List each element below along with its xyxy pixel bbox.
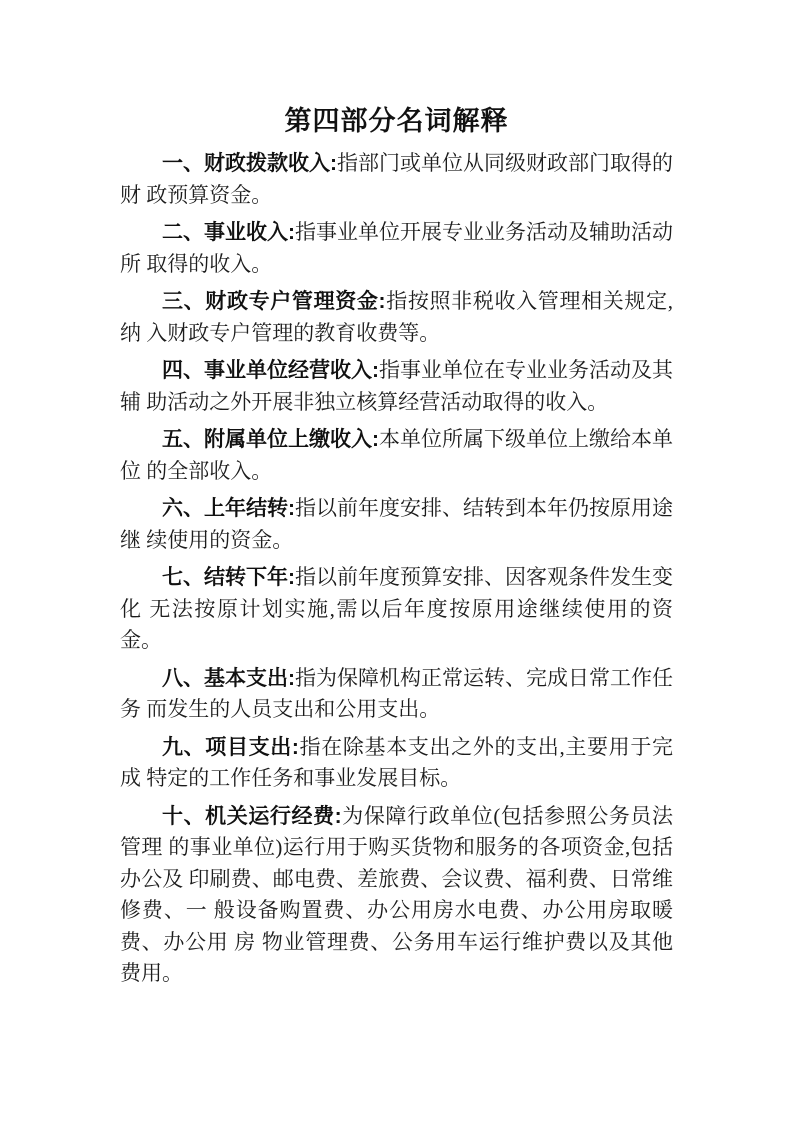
term-definition: 为保障行政单位(包括参照公务员法管理 的事业单位)运行用于购买货物和服务的各项资… bbox=[120, 804, 673, 986]
term-label: 八、基本支出: bbox=[162, 667, 295, 690]
term-label: 三、财政专户管理资金: bbox=[162, 290, 386, 313]
document-page: 第四部分名词解释 一、财政拨款收入:指部门或单位从同级财政部门取得的财 政预算资… bbox=[0, 0, 793, 1122]
term-paragraph: 五、附属单位上缴收入:本单位所属下级单位上缴给本单位 的全部收入。 bbox=[120, 424, 673, 487]
term-label: 十、机关运行经费: bbox=[162, 805, 342, 828]
term-label: 四、事业单位经营收入: bbox=[162, 359, 379, 382]
term-label: 五、附属单位上缴收入: bbox=[162, 428, 379, 451]
term-paragraph: 三、财政专户管理资金:指按照非税收入管理相关规定,纳 入财政专户管理的教育收费等… bbox=[120, 286, 673, 349]
term-paragraph: 二、事业收入:指事业单位开展专业业务活动及辅助活动所 取得的收入。 bbox=[120, 217, 673, 280]
term-paragraph: 六、上年结转:指以前年度安排、结转到本年仍按原用途继 续使用的资金。 bbox=[120, 493, 673, 556]
term-label: 九、项目支出: bbox=[162, 736, 299, 759]
term-paragraph: 七、结转下年:指以前年度预算安排、因客观条件发生变化 无法按原计划实施,需以后年… bbox=[120, 562, 673, 657]
term-label: 六、上年结转: bbox=[162, 497, 295, 520]
page-title: 第四部分名词解释 bbox=[120, 104, 673, 138]
term-paragraph: 一、财政拨款收入:指部门或单位从同级财政部门取得的财 政预算资金。 bbox=[120, 148, 673, 211]
term-label: 一、财政拨款收入: bbox=[162, 152, 337, 175]
term-label: 二、事业收入: bbox=[162, 221, 295, 244]
term-paragraph: 四、事业单位经营收入:指事业单位在专业业务活动及其辅 助活动之外开展非独立核算经… bbox=[120, 355, 673, 418]
term-paragraph: 九、项目支出:指在除基本支出之外的支出,主要用于完成 特定的工作任务和事业发展目… bbox=[120, 732, 673, 795]
term-paragraph: 十、机关运行经费:为保障行政单位(包括参照公务员法管理 的事业单位)运行用于购买… bbox=[120, 801, 673, 990]
term-label: 七、结转下年: bbox=[162, 566, 295, 589]
term-paragraph: 八、基本支出:指为保障机构正常运转、完成日常工作任务 而发生的人员支出和公用支出… bbox=[120, 663, 673, 726]
